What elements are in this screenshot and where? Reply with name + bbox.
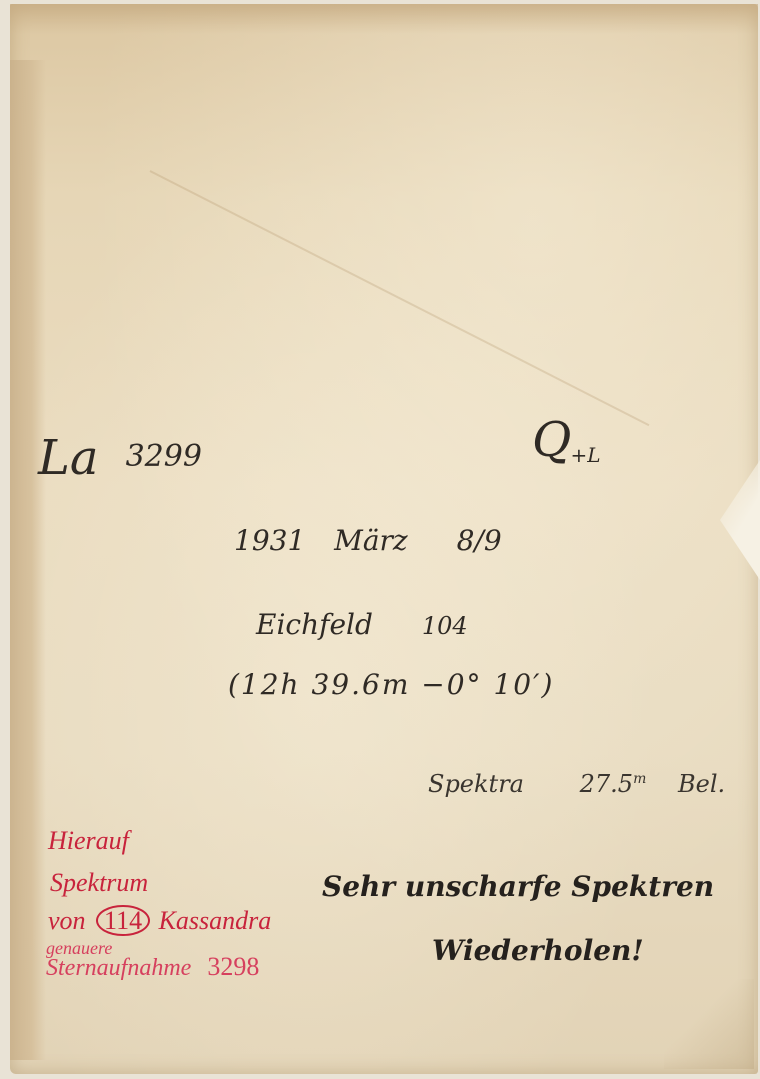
red-note-line-1: Hierauf: [48, 826, 129, 856]
field-coordinates: (12h 39.6m −0° 10′): [228, 668, 554, 701]
remark-line-2: Wiederholen!: [432, 934, 644, 967]
remark-line-1: Sehr unscharfe Spektren: [322, 870, 714, 903]
plate-prefix: La: [38, 430, 99, 486]
asteroid-number-circled: 114: [96, 905, 150, 936]
field-designation: Eichfeld 104: [256, 608, 468, 641]
plate-number: 3299: [126, 439, 202, 474]
reference-plate-number: 3298: [207, 952, 259, 981]
exposure-suffix: Bel.: [678, 770, 725, 798]
red-note-line-3: von 114 Kassandra: [48, 905, 271, 936]
paper-left-fold: [10, 60, 46, 1060]
asteroid-name: Kassandra: [159, 906, 272, 935]
observer-mark: Q +L: [532, 412, 607, 468]
field-number: 104: [422, 612, 468, 640]
date-year: 1931: [234, 524, 305, 557]
observer-mark-sub: +L: [570, 443, 600, 467]
reference-text: Sternaufnahme: [46, 955, 191, 981]
exposure-value: 27.5: [580, 770, 633, 798]
exposure-label: Spektra: [428, 770, 524, 798]
red-note-von: von: [48, 906, 86, 935]
paper-top-fold: [10, 4, 758, 34]
exposure-note: Spektra 27.5m Bel.: [428, 770, 725, 798]
observation-date: 1931 März 8/9: [234, 524, 502, 557]
exposure-unit: m: [633, 771, 646, 787]
field-name: Eichfeld: [256, 608, 373, 641]
date-month: März: [334, 524, 408, 557]
red-note-line-5: Sternaufnahme 3298: [46, 952, 259, 982]
date-night: 8/9: [457, 524, 502, 557]
plate-id: La 3299: [38, 430, 202, 486]
observer-mark-letter: Q: [532, 412, 571, 468]
red-note-line-2: Spektrum: [50, 868, 148, 898]
paper-corner-fold: [664, 979, 754, 1069]
